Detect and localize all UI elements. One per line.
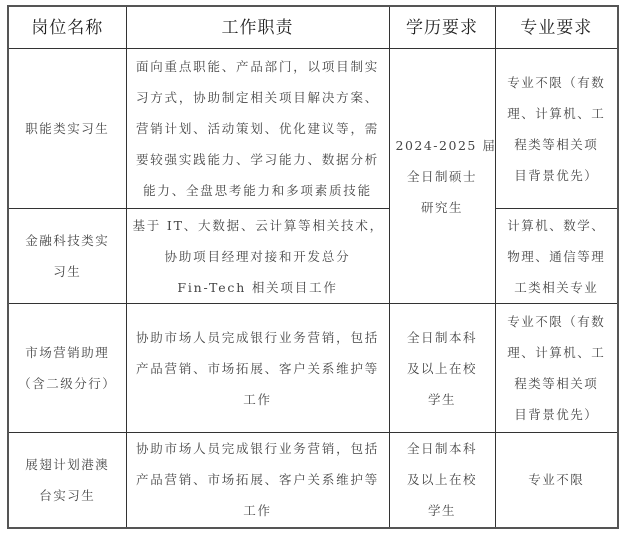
major-line: 专业不限（有数 [502,306,612,337]
duty-line: 协助市场人员完成银行业务营销，包括 [133,322,383,353]
position-name-line: 市场营销助理 [15,337,120,368]
table-row: 市场营销助理 （含二级分行） 协助市场人员完成银行业务营销，包括 产品营销、市场… [8,304,618,433]
major-line: 理、计算机、工 [502,337,612,368]
duty-line: 工作 [133,384,383,415]
education-requirement-cell: 全日制本科 及以上在校 学生 [389,433,495,528]
major-requirement-cell: 计算机、数学、 物理、通信等理 工类相关专业 [495,209,618,304]
table-row: 金融科技类实 习生 基于 IT、大数据、云计算等相关技术， 协助项目经理对接和开… [8,209,618,304]
major-line: 理、计算机、工 [502,98,612,129]
major-requirement-cell: 专业不限（有数 理、计算机、工 程类等相关项 目背景优先） [495,49,618,209]
internship-positions-table: 岗位名称 工作职责 学历要求 专业要求 职能类实习生 面向重点职能、产品部门，以… [7,5,619,529]
position-name-cell: 展翅计划港澳 台实习生 [8,433,126,528]
major-line: 工类相关专业 [502,272,612,303]
position-name-cell: 市场营销助理 （含二级分行） [8,304,126,433]
job-duties-cell: 面向重点职能、产品部门，以项目制实 习方式，协助制定相关项目解决方案、 营销计划… [126,49,389,209]
duty-line: 基于 IT、大数据、云计算等相关技术， [133,210,383,241]
duty-line: 能力、全盘思考能力和多项素质技能 [133,175,383,206]
major-line: 物理、通信等理 [502,241,612,272]
duty-line: 产品营销、市场拓展、客户关系维护等 [133,353,383,384]
duty-line: Fin-Tech 相关项目工作 [133,272,383,303]
header-education-requirement: 学历要求 [389,6,495,49]
duty-line: 产品营销、市场拓展、客户关系维护等 [133,464,383,495]
position-name-line: 台实习生 [15,480,120,511]
education-line: 全日制本科 [396,322,489,353]
duty-line: 工作 [133,495,383,526]
major-line: 程类等相关项 [502,368,612,399]
education-line: 及以上在校 [396,464,489,495]
major-line: 专业不限 [502,464,612,495]
position-name-cell: 金融科技类实 习生 [8,209,126,304]
duty-line: 习方式，协助制定相关项目解决方案、 [133,82,383,113]
duty-line: 营销计划、活动策划、优化建议等，需 [133,113,383,144]
duty-line: 协助市场人员完成银行业务营销，包括 [133,433,383,464]
duty-line: 要较强实践能力、学习能力、数据分析 [133,144,383,175]
education-line: 学生 [396,495,489,526]
position-name-line: 习生 [15,256,120,287]
education-line: 全日制硕士 [396,161,489,192]
education-line: 2024-2025 届 [396,130,489,161]
education-line: 研究生 [396,192,489,223]
education-requirement-cell: 全日制本科 及以上在校 学生 [389,304,495,433]
header-position-name: 岗位名称 [8,6,126,49]
education-requirement-cell: 2024-2025 届 全日制硕士 研究生 [389,49,495,304]
position-name-line: 职能类实习生 [15,113,120,144]
major-line: 程类等相关项 [502,129,612,160]
major-requirement-cell: 专业不限（有数 理、计算机、工 程类等相关项 目背景优先） [495,304,618,433]
major-line: 目背景优先） [502,399,612,430]
job-duties-cell: 协助市场人员完成银行业务营销，包括 产品营销、市场拓展、客户关系维护等 工作 [126,433,389,528]
job-duties-cell: 基于 IT、大数据、云计算等相关技术， 协助项目经理对接和开发总分 Fin-Te… [126,209,389,304]
major-line: 专业不限（有数 [502,67,612,98]
major-requirement-cell: 专业不限 [495,433,618,528]
table-header-row: 岗位名称 工作职责 学历要求 专业要求 [8,6,618,49]
major-line: 计算机、数学、 [502,210,612,241]
education-line: 及以上在校 [396,353,489,384]
position-name-line: （含二级分行） [15,368,120,399]
table-row: 展翅计划港澳 台实习生 协助市场人员完成银行业务营销，包括 产品营销、市场拓展、… [8,433,618,528]
major-line: 目背景优先） [502,160,612,191]
position-name-cell: 职能类实习生 [8,49,126,209]
job-duties-cell: 协助市场人员完成银行业务营销，包括 产品营销、市场拓展、客户关系维护等 工作 [126,304,389,433]
header-major-requirement: 专业要求 [495,6,618,49]
duty-line: 协助项目经理对接和开发总分 [133,241,383,272]
education-line: 学生 [396,384,489,415]
table-row: 职能类实习生 面向重点职能、产品部门，以项目制实 习方式，协助制定相关项目解决方… [8,49,618,209]
duty-line: 面向重点职能、产品部门，以项目制实 [133,51,383,82]
education-line: 全日制本科 [396,433,489,464]
header-job-duties: 工作职责 [126,6,389,49]
position-name-line: 展翅计划港澳 [15,449,120,480]
position-name-line: 金融科技类实 [15,225,120,256]
